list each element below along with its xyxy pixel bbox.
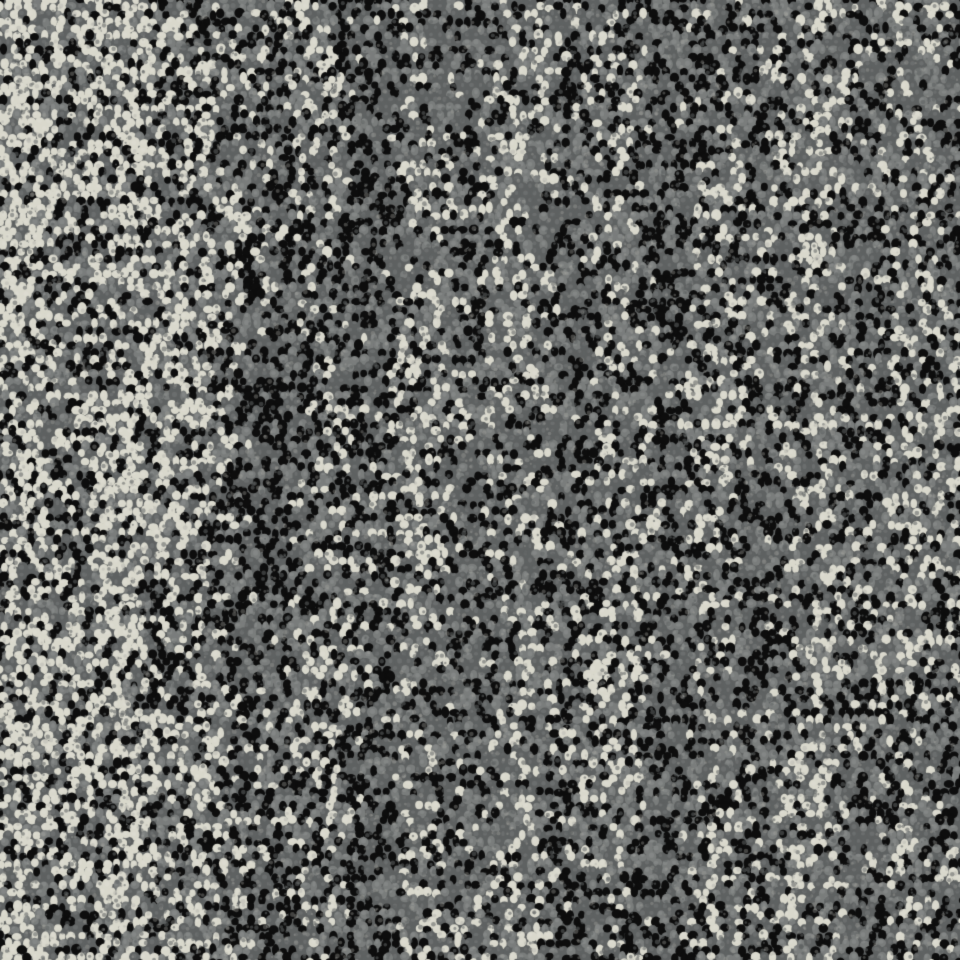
carpet-texture-image	[0, 0, 960, 960]
